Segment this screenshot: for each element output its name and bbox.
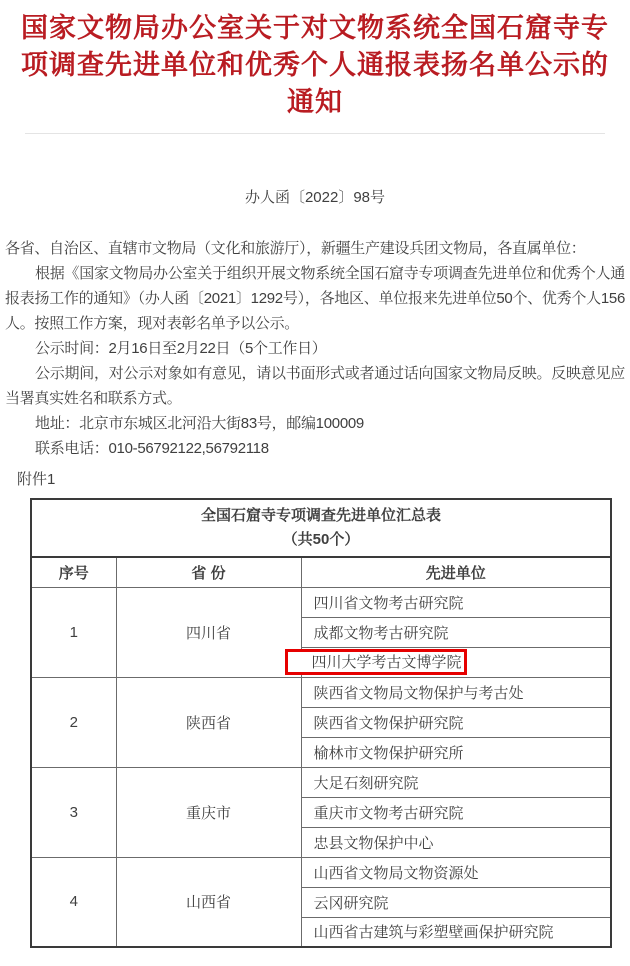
unit-cell: 成都文物考古研究院 — [301, 617, 611, 647]
unit-cell: 重庆市文物考古研究院 — [301, 797, 611, 827]
unit-cell: 大足石刻研究院 — [301, 767, 611, 797]
table-title: 全国石窟寺专项调查先进单位汇总表 — [32, 504, 610, 528]
unit-cell: 榆林市文物保护研究所 — [301, 737, 611, 767]
table-row: 1四川省四川省文物考古研究院 — [31, 587, 611, 617]
unit-cell: 山西省古建筑与彩塑壁画保护研究院 — [301, 917, 611, 947]
table-subtitle: （共50个） — [32, 528, 610, 552]
highlight-box: 四川大学考古文博学院 — [285, 649, 467, 675]
salutation-line: 各省、自治区、直辖市文物局（文化和旅游厅），新疆生产建设兵团文物局，各直属单位： — [5, 236, 625, 261]
col-header-2: 先进单位 — [301, 557, 611, 587]
document-number: 办人函〔2022〕98号 — [0, 186, 630, 207]
serial-number-cell: 4 — [31, 857, 116, 947]
notice-body: 各省、自治区、直辖市文物局（文化和旅游厅），新疆生产建设兵团文物局，各直属单位：… — [0, 236, 630, 461]
col-header-1: 省 份 — [116, 557, 301, 587]
title-divider — [25, 133, 605, 134]
table-caption-row: 全国石窟寺专项调查先进单位汇总表 （共50个） — [31, 499, 611, 557]
page-title: 国家文物局办公室关于对文物系统全国石窟寺专 项调查先进单位和优秀个人通报表扬名单… — [0, 10, 630, 121]
attachment-label: 附件1 — [17, 468, 55, 489]
province-cell: 山西省 — [116, 857, 301, 947]
notice-page: 国家文物局办公室关于对文物系统全国石窟寺专 国家文物局办公室关于对文物系统全国石… — [0, 0, 630, 966]
paragraph-publicity-period: 公示时间：2月16日至2月22日（5个工作日） — [5, 336, 625, 361]
table-row: 2陕西省陕西省文物局文物保护与考古处 — [31, 677, 611, 707]
page-title-line-2: 项调查先进单位和优秀个人通报表扬名单公示的 — [0, 47, 630, 84]
paragraph-basis: 根据《国家文物局办公室关于组织开展文物系统全国石窟寺专项调查先进单位和优秀个人通… — [5, 261, 625, 336]
province-cell: 四川省 — [116, 587, 301, 677]
paragraph-address: 地址：北京市东城区北河沿大街83号，邮编100009 — [5, 411, 625, 436]
province-cell: 重庆市 — [116, 767, 301, 857]
advanced-units-table: 全国石窟寺专项调查先进单位汇总表 （共50个） 序号省 份先进单位 1四川省四川… — [30, 498, 612, 948]
page-title-line-3: 通知 — [0, 84, 630, 121]
unit-cell: 四川省文物考古研究院 — [301, 587, 611, 617]
paragraph-phone: 联系电话：010-56792122,56792118 — [5, 436, 625, 461]
serial-number-cell: 3 — [31, 767, 116, 857]
serial-number-cell: 1 — [31, 587, 116, 677]
paragraph-feedback: 公示期间，对公示对象如有意见，请以书面形式或者通过话向国家文物局反映。反映意见应… — [5, 361, 625, 411]
unit-cell: 忠县文物保护中心 — [301, 827, 611, 857]
unit-cell: 陕西省文物局文物保护与考古处 — [301, 677, 611, 707]
page-title-line-1: 国家文物局办公室关于对文物系统全国石窟寺专 — [0, 10, 630, 47]
serial-number-cell: 2 — [31, 677, 116, 767]
table-row: 3重庆市大足石刻研究院 — [31, 767, 611, 797]
col-header-0: 序号 — [31, 557, 116, 587]
unit-cell: 山西省文物局文物资源处 — [301, 857, 611, 887]
unit-cell: 陕西省文物保护研究院 — [301, 707, 611, 737]
unit-cell: 四川大学考古文博学院 — [301, 647, 611, 677]
clipped-red-text-top: 国家文物局办公室关于对文物系统全国石窟寺专 — [0, 0, 630, 6]
highlighted-unit-name: 四川大学考古文博学院 — [312, 651, 462, 672]
table-header-row: 序号省 份先进单位 — [31, 557, 611, 587]
table-row: 4山西省山西省文物局文物资源处 — [31, 857, 611, 887]
unit-cell: 云冈研究院 — [301, 887, 611, 917]
province-cell: 陕西省 — [116, 677, 301, 767]
